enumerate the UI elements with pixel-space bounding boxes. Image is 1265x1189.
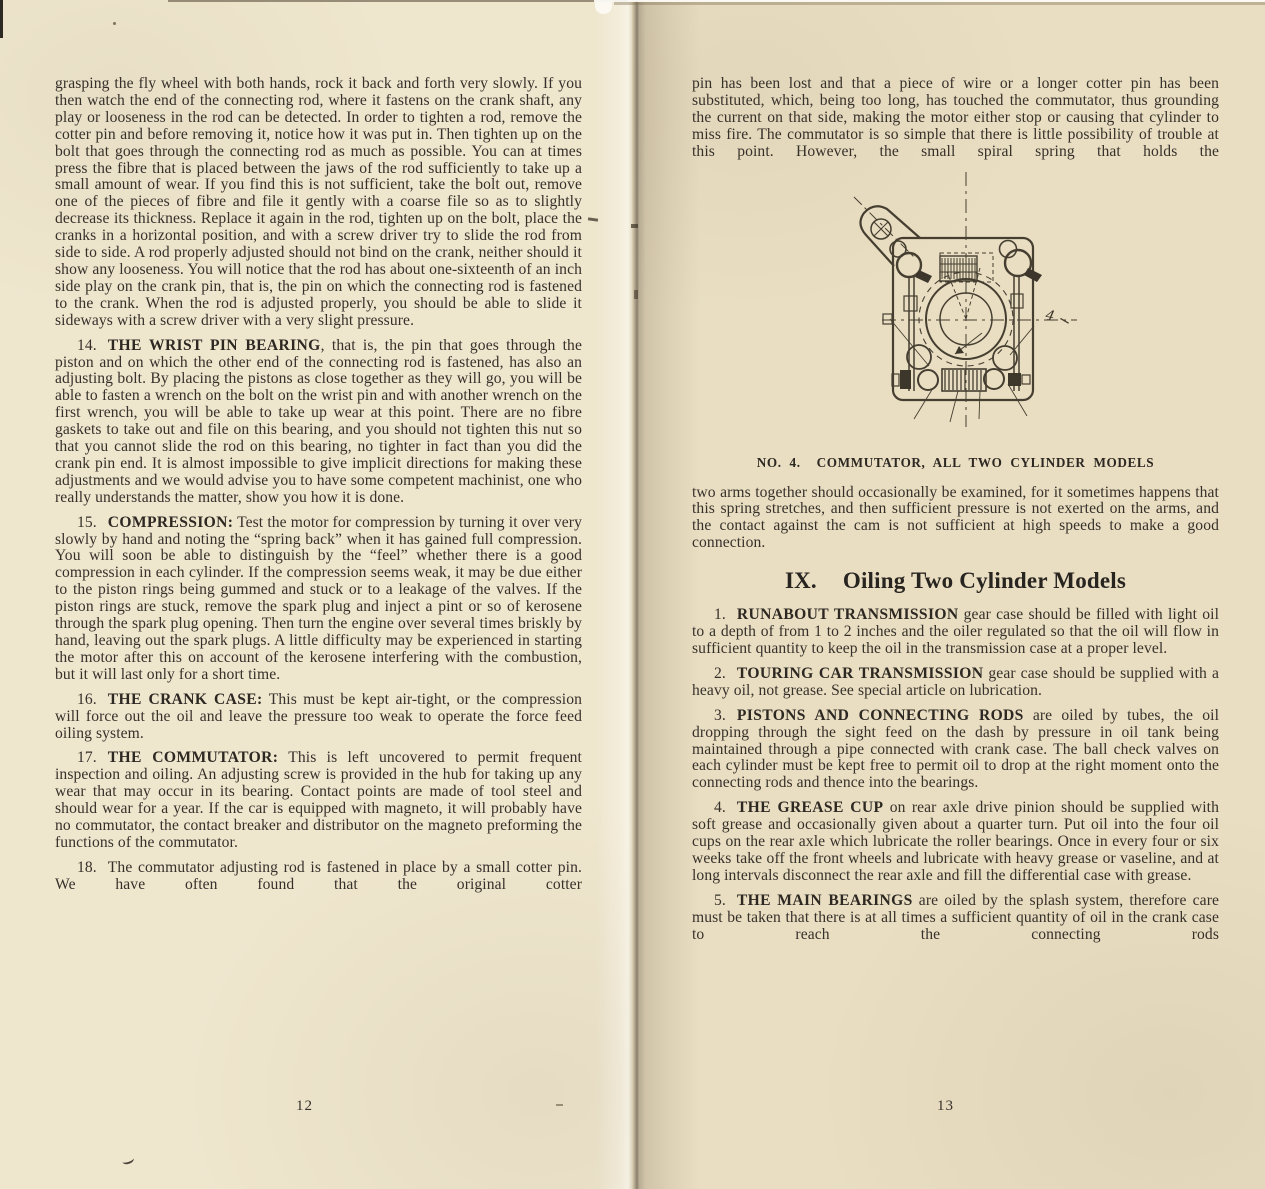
section-number: 15.: [77, 514, 97, 531]
paragraph-text: pin has been lost and that a piece of wi…: [692, 75, 1219, 160]
commutator-diagram: 4: [830, 169, 1120, 447]
paragraph-text: , that is, the pin that goes through the…: [55, 337, 582, 506]
running-paragraph: grasping the fly wheel with both hands, …: [55, 76, 582, 330]
section-title: RUNABOUT TRANSMISSION: [737, 606, 959, 623]
section-paragraph-18: 18.The commutator adjusting rod is faste…: [55, 860, 582, 894]
section-title: TOURING CAR TRANSMISSION: [737, 665, 983, 682]
section-number: 5.: [714, 892, 726, 909]
section-number: 14.: [77, 337, 97, 354]
section-paragraph-17: 17.THE COMMUTATOR: This is left uncovere…: [55, 750, 582, 851]
section-number: 18.: [77, 859, 97, 876]
chapter-title: Oiling Two Cylinder Models: [843, 568, 1126, 593]
page-number-right: 13: [682, 1098, 1209, 1115]
section-number: 3.: [714, 707, 726, 724]
section-number: 1.: [714, 606, 726, 623]
paper-dash-mark: [556, 1104, 563, 1106]
page-number-left: 12: [41, 1098, 568, 1115]
running-paragraph: pin has been lost and that a piece of wi…: [692, 76, 1219, 161]
paragraph-text: grasping the fly wheel with both hands, …: [55, 75, 582, 329]
section-title: PISTONS AND CONNECTING RODS: [737, 707, 1024, 724]
section-paragraph-5: 5.THE MAIN BEARINGS are oiled by the spl…: [692, 893, 1219, 944]
section-number: 16.: [77, 691, 97, 708]
paragraph-text: The commutator adjusting rod is fastened…: [55, 859, 582, 893]
section-paragraph-14: 14.THE WRIST PIN BEARING, that is, the p…: [55, 338, 582, 507]
paragraph-text: Test the motor for compression by turnin…: [55, 514, 582, 683]
section-title: THE WRIST PIN BEARING: [108, 337, 321, 354]
chapter-heading: IX.Oiling Two Cylinder Models: [692, 568, 1219, 594]
paragraph-text: two arms together should occasionally be…: [692, 484, 1219, 552]
section-title: THE COMMUTATOR:: [108, 749, 278, 766]
section-title: THE GREASE CUP: [737, 799, 883, 816]
figure-number: NO. 4.: [757, 455, 801, 470]
left-text-column: grasping the fly wheel with both hands, …: [55, 0, 582, 894]
section-paragraph-16: 16.THE CRANK CASE: This must be kept air…: [55, 692, 582, 743]
figure-caption: NO. 4.COMMUTATOR, ALL TWO CYLINDER MODEL…: [692, 455, 1219, 471]
stitch-mark: [634, 290, 638, 299]
section-paragraph-1: 1.RUNABOUT TRANSMISSION gear case should…: [692, 607, 1219, 658]
section-paragraph-4: 4.THE GREASE CUP on rear axle drive pini…: [692, 800, 1219, 885]
right-text-column: pin has been lost and that a piece of wi…: [692, 0, 1219, 943]
section-title: THE CRANK CASE:: [108, 691, 263, 708]
right-page: pin has been lost and that a piece of wi…: [632, 0, 1265, 1189]
left-page: grasping the fly wheel with both hands, …: [0, 0, 632, 1189]
section-number: 2.: [714, 665, 726, 682]
top-edge-line-right: [614, 2, 1265, 5]
section-paragraph-3: 3.PISTONS AND CONNECTING RODS are oiled …: [692, 708, 1219, 793]
section-paragraph-2: 2.TOURING CAR TRANSMISSION gear case sho…: [692, 666, 1219, 700]
running-paragraph: two arms together should occasionally be…: [692, 485, 1219, 553]
top-edge-line-left: [168, 0, 628, 2]
chapter-numeral: IX.: [785, 568, 817, 593]
stitch-mark: [631, 224, 638, 228]
section-title: COMPRESSION:: [108, 514, 234, 531]
section-title: THE MAIN BEARINGS: [737, 892, 913, 909]
figure-title: COMMUTATOR, ALL TWO CYLINDER MODELS: [817, 455, 1155, 470]
corner-mark: [0, 0, 3, 38]
section-number: 4.: [714, 799, 726, 816]
svg-text:4: 4: [1043, 307, 1056, 325]
paper-speck: [113, 22, 116, 25]
section-paragraph-15: 15.COMPRESSION: Test the motor for compr…: [55, 515, 582, 684]
section-number: 17.: [77, 749, 97, 766]
figure: 4: [830, 169, 1120, 447]
